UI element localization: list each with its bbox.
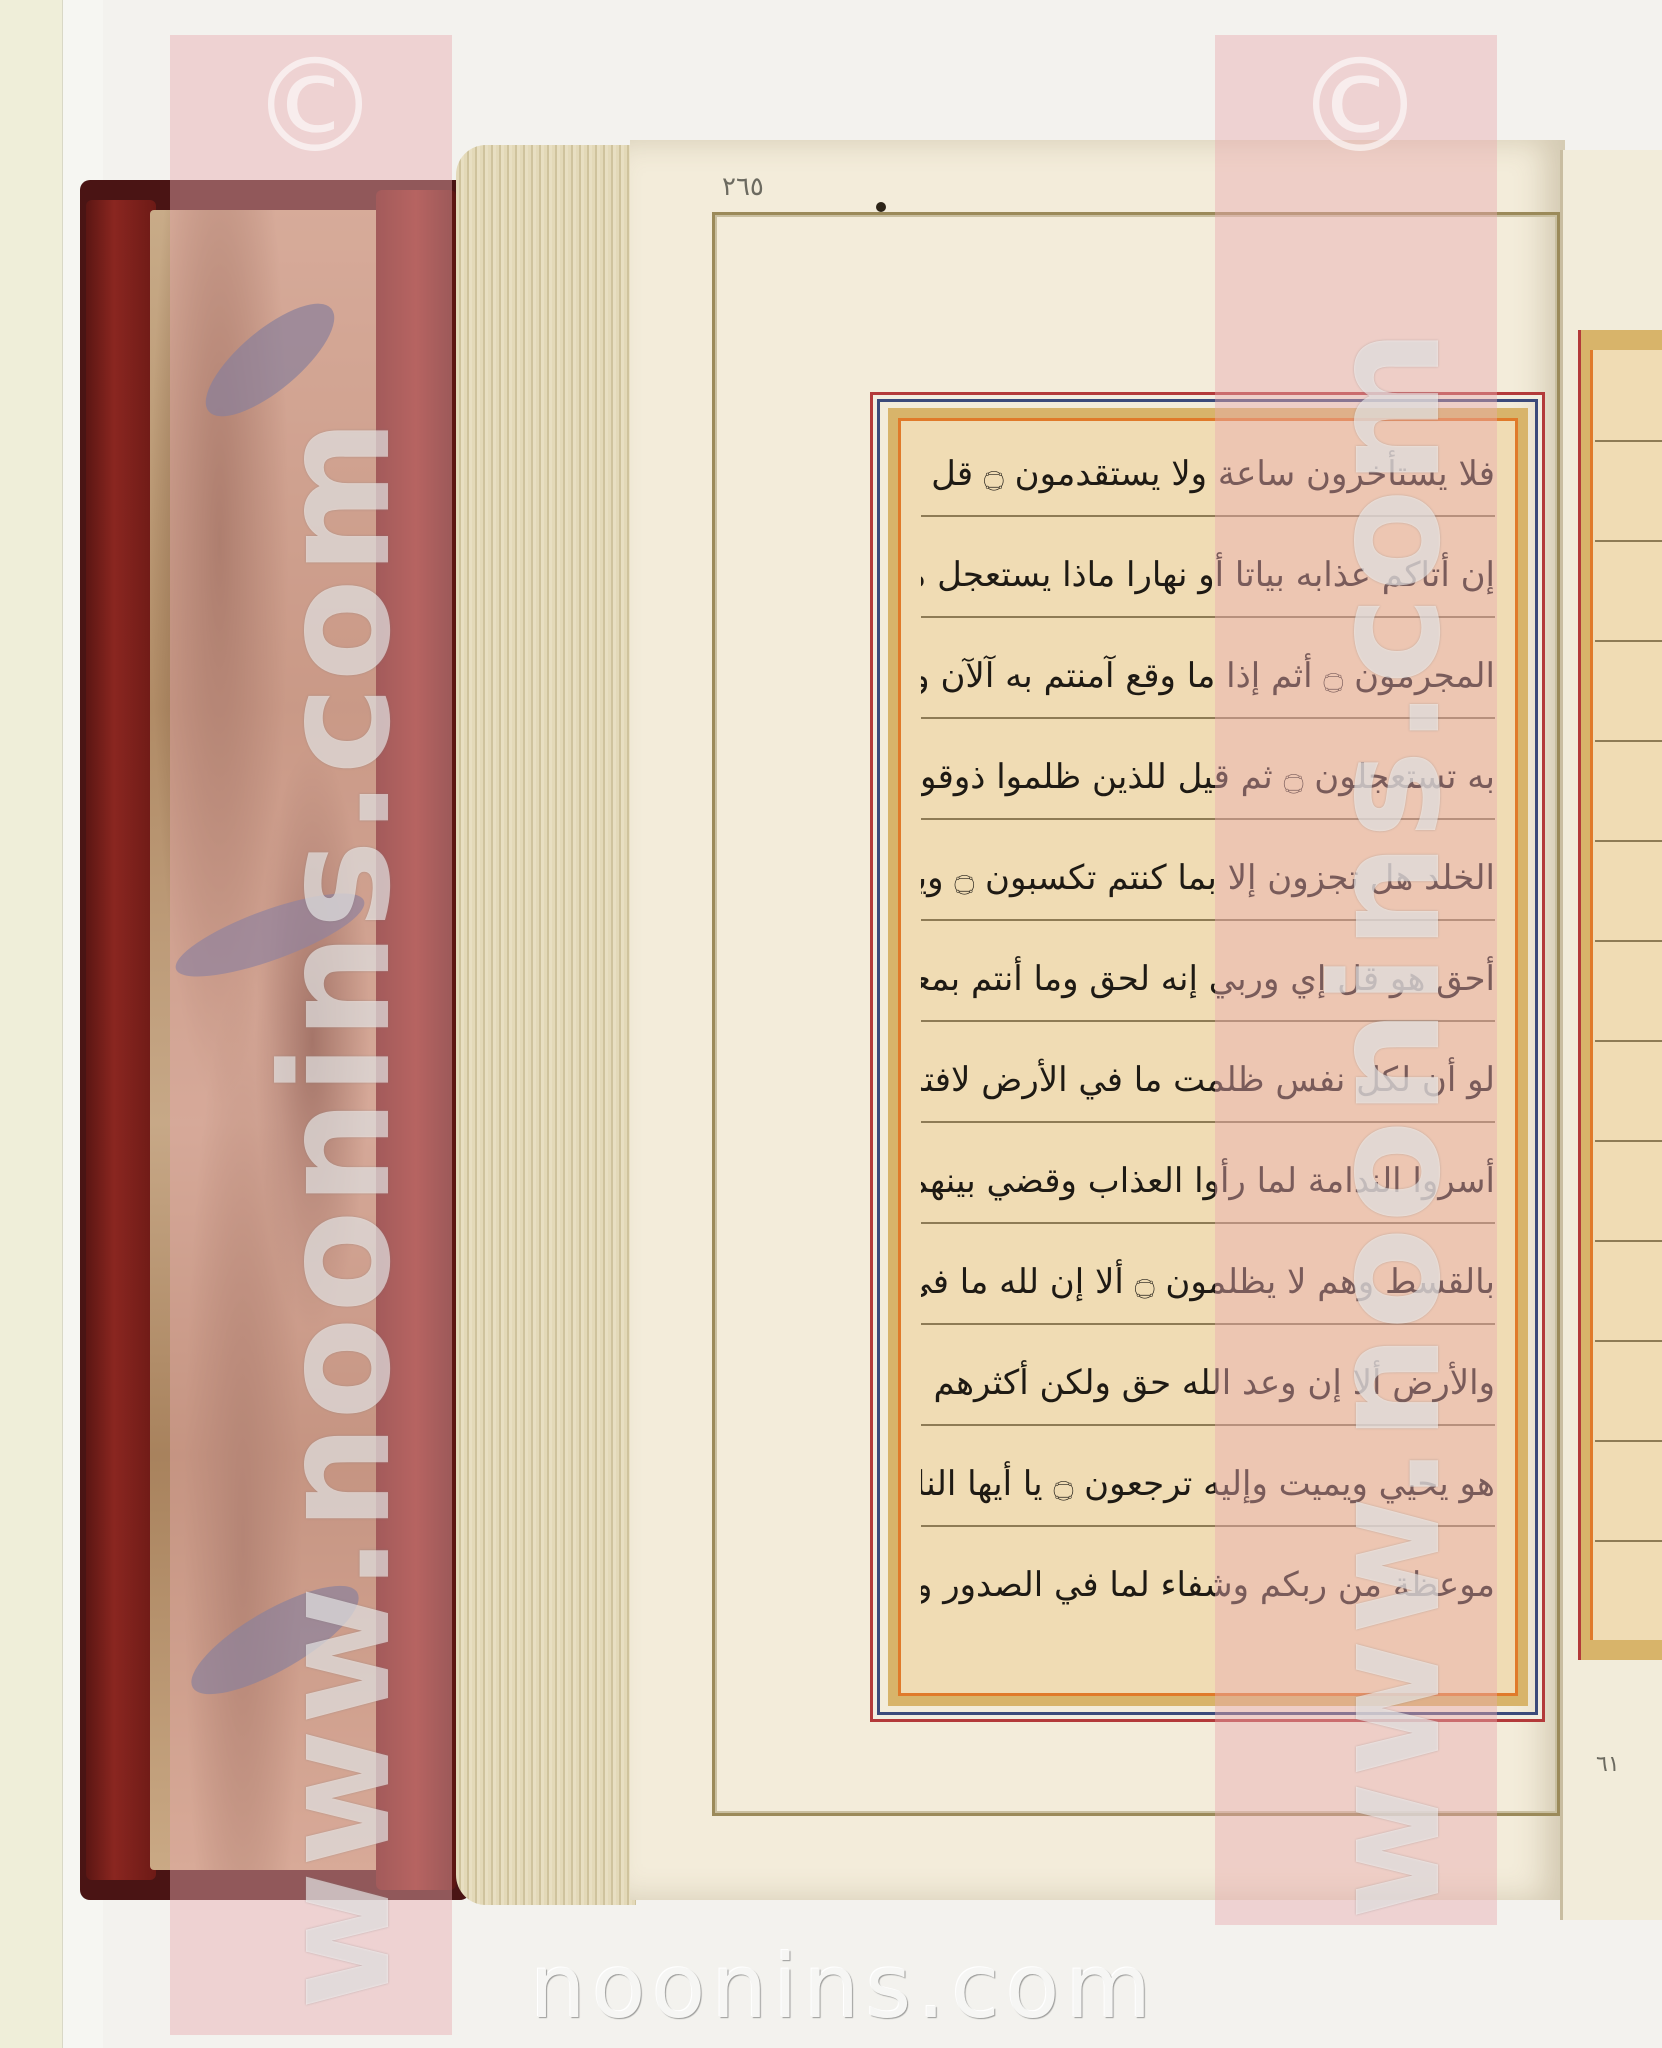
facing-page-number: ٦١ — [1596, 1752, 1620, 1777]
facing-rule — [1595, 840, 1662, 842]
copyright-icon: © — [250, 30, 380, 182]
ink-dot — [876, 202, 886, 212]
facing-rule — [1595, 1240, 1662, 1242]
page-edges — [456, 145, 636, 1905]
facing-rule — [1595, 640, 1662, 642]
facing-rule — [1595, 1440, 1662, 1442]
facing-rule — [1595, 440, 1662, 442]
page-number: ٢٦٥ — [722, 172, 764, 202]
facing-rule — [1595, 1040, 1662, 1042]
facing-rule — [1595, 940, 1662, 942]
cover-leather-left — [86, 200, 156, 1880]
background-strip — [0, 0, 62, 2048]
watermark-vertical-right: www.noonins.com — [1300, 324, 1474, 1920]
facing-rule — [1595, 1140, 1662, 1142]
facing-rule — [1595, 1340, 1662, 1342]
copyright-icon: © — [1295, 30, 1425, 182]
watermark-vertical-left: www.noonins.com — [250, 414, 424, 2010]
facing-rule — [1595, 540, 1662, 542]
facing-text-panel — [1590, 350, 1662, 1640]
facing-rule — [1595, 1540, 1662, 1542]
watermark-bottom: noonins.com — [530, 1935, 1157, 2038]
facing-rule — [1595, 740, 1662, 742]
